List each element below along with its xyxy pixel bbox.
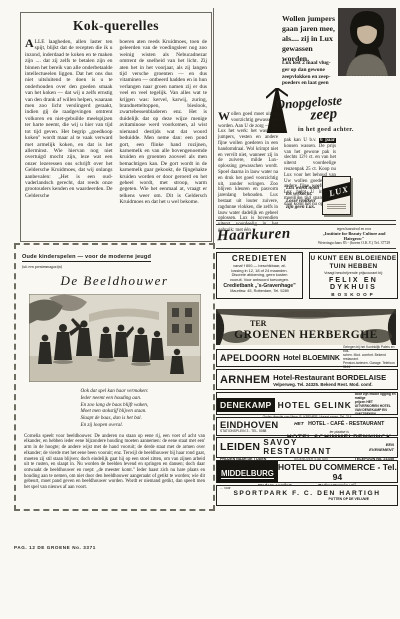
beeldhouwer-illustration (29, 294, 201, 382)
woman-photo (338, 8, 396, 76)
page-footer: PAG. 12 DE GROENE No. 3371 (14, 545, 96, 550)
lux-advertorial-dropcap: W (218, 112, 231, 121)
hotel-sub: STATIONSPLEIN 3 - TEL. 5088 (220, 430, 278, 434)
hotel-ad-arnhem: ARNHEM Hotel-Restaurant BORDELAISE Velpe… (216, 369, 398, 390)
article-column-1-text: LLE laagheden, allen laster ten spijt, b… (25, 39, 113, 199)
article-column-2: boeren aten reeds Kruidmoes, toen de gel… (120, 39, 208, 206)
tuin-city: BOSKOOP (310, 292, 397, 297)
credieten-address: Mauritsw. 45, Rotterdam, Tel. 5289 (217, 289, 302, 293)
hotel-details: Gelegen bij het Koninklijk Paleis en bos… (343, 346, 397, 369)
kinderspelen-prose: Cornelia speelt voor beeldhouwer. De and… (24, 434, 205, 491)
herberghe-banner-pre: TER (250, 319, 267, 328)
sportpark-name: SPORTPARK F. C. DEN HARTIGH (217, 490, 397, 497)
article-columns: ALLE laagheden, allen laster ten spijt, … (21, 37, 211, 208)
haarkuren-institute: „Institute for Beauty Culture and Hairgr… (312, 231, 396, 241)
tuin-company: FELIX EN DYKHUIS (310, 277, 397, 291)
hotel-name: SAVOY RESTAURANT (263, 438, 369, 456)
kinderspelen-subheading: (uit een prentenmagazijn) (22, 265, 213, 269)
herberghe-banner-image: TER GROENEN HERBERGHE (216, 309, 396, 345)
hotel-name: Hotel BLOEMINK (283, 355, 343, 362)
haarkuren-ad: Haarkuren tegen haaruitval en roos „Inst… (216, 224, 396, 249)
column-divider (213, 8, 214, 244)
horizontal-rule (216, 220, 396, 221)
kinderspelen-poem: Ook dat spel kan haar vermaken: Ieder ne… (80, 388, 148, 429)
hotel-ad-leiden: LEIDEN SAVOY RESTAURANT EEN EVENEMENT PR… (216, 437, 398, 458)
lux-six-pairs-highlight: 6 paar (319, 138, 336, 143)
lux-after-script: in het goed achter. (298, 126, 378, 133)
article-title: Kok-querelles (21, 18, 211, 34)
hotel-ad-middelburg: MIDDELBURG HOTEL DU COMMERCE - Tel. 94 M… (216, 460, 398, 483)
lux-packet-label: LUX (322, 180, 351, 202)
hotel-city: DENEKAMP (217, 398, 275, 412)
lux-advertorial-col1-text: ollen goed moet uiterst voorzichtig gewa… (218, 112, 278, 233)
herberghe-banner-title: GROENEN HERBERGHE (234, 329, 378, 341)
tuin-title: U KUNT EEN BLOEIENDE TUIN HEBBEN (310, 255, 397, 270)
hotel-city: APELDOORN (217, 353, 283, 363)
magazine-page: Kok-querelles ALLE laagheden, allen last… (0, 0, 400, 619)
hotel-name: Hotel-Restaurant BORDELAISE (273, 373, 397, 382)
article-kok-querelles: Kok-querelles ALLE laagheden, allen last… (20, 12, 212, 242)
hotel-city: LEIDEN (217, 441, 263, 453)
credieten-ad: CREDIETEN vanaf f 800.— beschikbaar, af-… (216, 252, 303, 299)
kinderspelen-title: De Beeldhouwer (16, 273, 213, 289)
lux-subcopy: Lux lost 2 maal vlug- ger op dan gewone … (282, 60, 338, 87)
lux-advertisement: Wollen jumpers gaan jaren mee, als.... z… (216, 8, 396, 220)
tuin-subtitle: Vraagt beschrijvende prijscourant bij: (310, 271, 397, 275)
haarkuren-address: Weteringschans 83 - (boven O.K.V.) Tel. … (312, 241, 396, 245)
sportpark-sub: PUTTEN OP DE VELUWE (217, 497, 397, 501)
tuin-ad: U KUNT EEN BLOEIENDE TUIN HEBBEN Vraagt … (309, 252, 398, 299)
woman-photo-image (338, 8, 396, 76)
article-column-2-text: boeren aten reeds Kruidmoes, toen de gel… (120, 39, 208, 205)
hotel-name: HOTEL GELINK (275, 400, 355, 410)
hotel-city: MIDDELBURG (221, 469, 274, 479)
article-dropcap: A (25, 39, 35, 48)
lux-note: Lux wordt nooit los verkocht. Losse vlok… (286, 186, 322, 212)
kinderspelen-box: Oude kinderspelen — voor de moderne jeug… (14, 243, 215, 511)
lux-headline: Wollen jumpers gaan jaren mee, als.... z… (282, 14, 338, 64)
credieten-body: vanaf f 800.— beschikbaar, af- lossing i… (217, 263, 302, 283)
hotel-city: ARNHEM (217, 374, 273, 386)
hotel-tag: EEN EVENEMENT (369, 442, 397, 452)
credieten-title: CREDIETEN (217, 254, 302, 263)
haarkuren-info: tegen haaruitval en roos „Institute for … (312, 227, 396, 245)
kinderspelen-heading: Oude kinderspelen — voor de moderne jeug… (22, 254, 151, 262)
hotel-details: Velperweg. Tel. 24325. Bekend Rest. Mod.… (273, 382, 397, 387)
hotel-name: HOTEL DU COMMERCE - Tel. 94 (278, 462, 397, 482)
lux-advertorial-col1: Wollen goed moet uiterst voorzichtig gew… (218, 112, 278, 234)
lux-script-line: Onopgeloste zeep (275, 88, 393, 127)
article-column-1: ALLE laagheden, allen laster ten spijt, … (25, 39, 113, 206)
hotel-ad-apeldoorn: APELDOORN Hotel BLOEMINK Gelegen bij het… (216, 349, 398, 367)
sportpark-ad: … voor SPORTPARK F. C. DEN HARTIGH PUTTE… (216, 485, 398, 506)
hotel-het-word: HET (294, 422, 304, 427)
hotel-line1: HOTEL - CAFÉ - RESTAURANT (308, 421, 384, 427)
herberghe-banner: TER GROENEN HERBERGHE (216, 309, 396, 345)
lux-advertorial-col2-pre: pak kan U b.v. (284, 138, 319, 143)
lux-soap-packet: LUX (322, 176, 351, 215)
lux-packet-lines (327, 203, 346, 210)
haarkuren-title: Haarkuren (217, 226, 291, 246)
hotel-ad-eindhoven: EINDHOVEN STATIONSPLEIN 3 - TEL. 5088 HE… (216, 417, 398, 436)
